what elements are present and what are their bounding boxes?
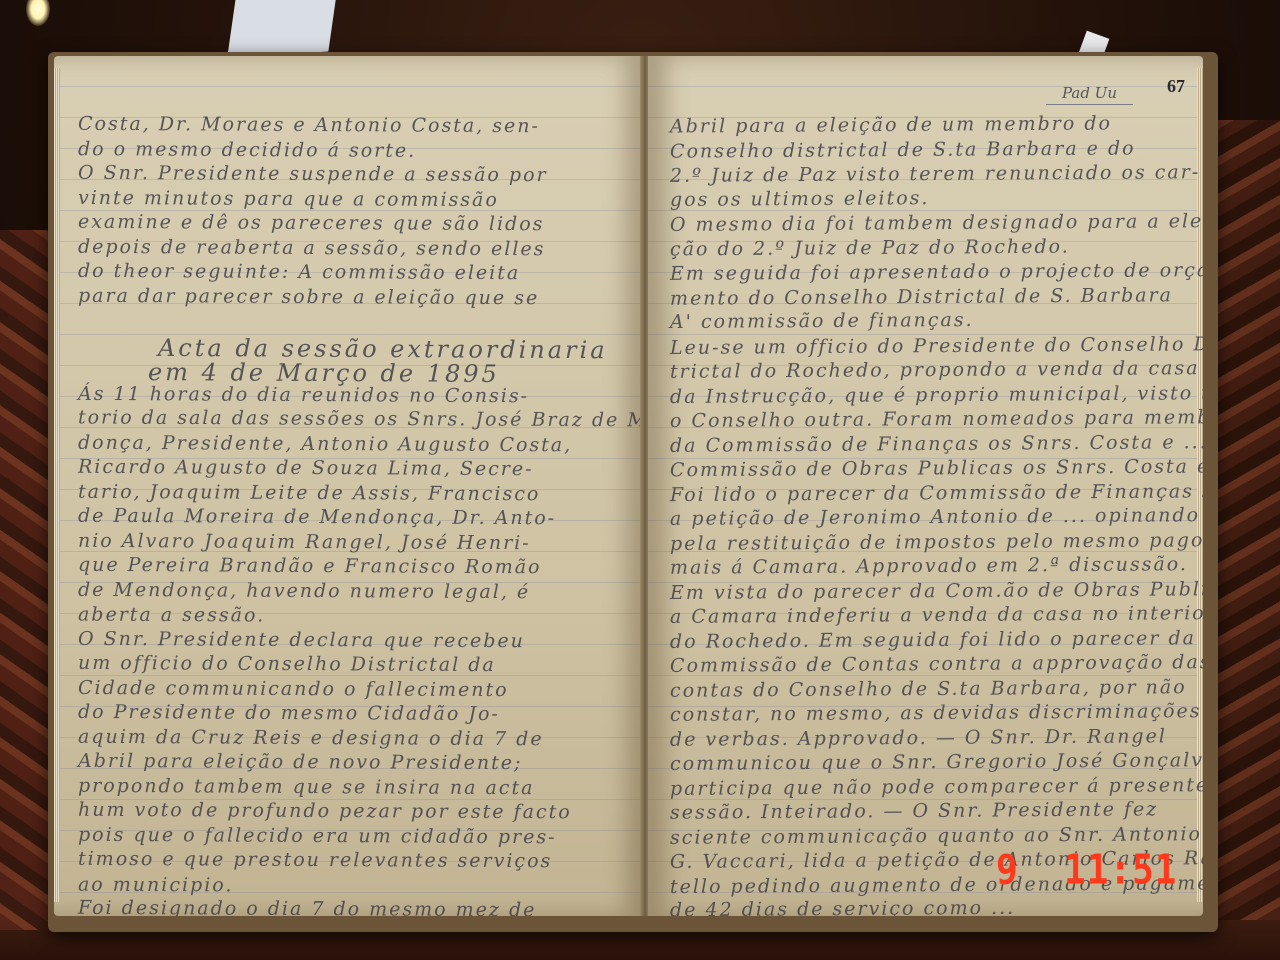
left-handwritten-line: pois que o fallecido era um cidadão pres…: [78, 823, 557, 848]
left-handwritten-line: Foi designado o dia 7 do mesmo mez de: [78, 897, 536, 916]
left-handwritten-line: timoso e que prestou relevantes serviços: [78, 848, 552, 872]
right-handwritten-line: da Instrucção, que é proprio municipal, …: [670, 382, 1203, 408]
left-handwritten-line: nio Alvaro Joaquim Rangel, José Henri-: [78, 529, 531, 553]
left-handwritten-line: vinte minutos para que a commissão: [78, 186, 499, 210]
left-handwritten-line: um officio do Conselho Districtal da: [78, 652, 496, 676]
right-handwritten-line: Commissão de Obras Publicas os Snrs. Cos…: [670, 455, 1203, 481]
right-handwritten-line: Leu-se um officio do Presidente do Conse…: [670, 333, 1203, 359]
left-handwritten-line: hum voto de profundo pezar por este fact…: [78, 799, 572, 824]
left-handwritten-line: de Paula Moreira de Mendonça, Dr. Anto-: [78, 505, 556, 530]
right-handwritten-line: gos os ultimos eleitos.: [670, 187, 930, 211]
right-handwritten-line: de verbas. Approvado. — O Snr. Dr. Range…: [670, 725, 1167, 750]
left-handwritten-line: propondo tambem que se insira na acta: [78, 774, 535, 798]
corner-annotation: Pad Uu: [1046, 84, 1133, 105]
left-handwritten-line: do theor seguinte: A commissão eleita: [78, 260, 520, 284]
camera-timestamp: 9 11:51: [996, 847, 1177, 894]
right-handwritten-line: O mesmo dia foi tambem designado para a …: [670, 210, 1203, 236]
left-handwritten-line: ao municipio.: [78, 873, 234, 896]
left-handwritten-line: Ricardo Augusto de Souza Lima, Secre-: [78, 456, 534, 480]
left-handwritten-line: do Presidente do mesmo Cidadão Jo-: [78, 701, 500, 725]
right-handwritten-line: o Conselho outra. Foram nomeados para me…: [670, 406, 1203, 432]
open-ledger-book: Costa, Dr. Moraes e Antonio Costa, sen-d…: [48, 52, 1218, 932]
left-handwritten-line: O Snr. Presidente declara que recebeu: [78, 627, 525, 651]
right-handwritten-line: Foi lido o parecer da Commissão de Finan…: [670, 479, 1203, 505]
left-handwritten-line: de Mendonça, havendo numero legal, é: [78, 578, 530, 602]
right-handwritten-line: pela restituição de impostos pelo mesmo …: [670, 528, 1203, 554]
left-handwritten-line: donça, Presidente, Antonio Augusto Costa…: [78, 431, 572, 456]
paper-slip: [227, 0, 337, 58]
left-handwritten-line: Ás 11 horas do dia reunidos no Consis-: [78, 382, 529, 406]
right-handwritten-line: communicou que o Snr. Gregorio José Gonç…: [670, 749, 1203, 775]
page-number: 67: [1167, 76, 1185, 97]
left-handwritten-line: para dar parecer sobre a eleição que se: [78, 284, 539, 308]
right-handwritten-line: sessão. Inteirado. — O Snr. Presidente f…: [670, 798, 1158, 823]
right-handwritten-line: ção do 2.º Juiz de Paz do Rochedo.: [670, 235, 1070, 260]
right-handwritten-line: trictal do Rochedo, propondo a venda da …: [670, 357, 1200, 383]
left-page: Costa, Dr. Moraes e Antonio Costa, sen-d…: [54, 56, 644, 916]
right-handwritten-line: Commissão de Contas contra a approvação …: [670, 651, 1203, 677]
right-handwritten-line: sciente communicação quanto ao Snr. Anto…: [670, 823, 1202, 849]
right-page: 67 Pad Uu Abril para a eleição de um mem…: [648, 56, 1203, 916]
left-handwritten-line: Costa, Dr. Moraes e Antonio Costa, sen-: [78, 113, 540, 137]
left-handwritten-line: tario, Joaquim Leite de Assis, Francisco: [78, 480, 540, 504]
right-handwritten-line: A' commissão de finanças.: [670, 309, 974, 333]
light-reflection: [26, 0, 50, 26]
left-handwritten-line: do o mesmo decidido á sorte.: [78, 138, 416, 162]
left-handwritten-line: torio da sala das sessões os Snrs. José …: [78, 406, 644, 431]
left-handwritten-line: que Pereira Brandão e Francisco Romão: [78, 554, 542, 578]
right-handwritten-line: constar, no mesmo, as devidas discrimina…: [670, 700, 1202, 726]
left-handwritten-line: O Snr. Presidente suspende a sessão por: [78, 162, 548, 186]
timestamp-day: 9: [996, 847, 1019, 894]
right-handwritten-line: Abril para a eleição de um membro do: [670, 112, 1112, 137]
left-handwritten-line: Abril para eleição de novo Presidente;: [78, 750, 522, 774]
right-handwritten-line: a Camara indeferiu a venda da casa no in…: [670, 602, 1203, 628]
left-handwritten-line: examine e dê os pareceres que são lidos: [78, 211, 545, 235]
left-handwritten-line: aberta a sessão.: [78, 604, 265, 627]
right-handwritten-line: Em vista do parecer da Com.ão de Obras P…: [670, 577, 1203, 603]
right-handwritten-line: participa que não pode comparecer á pres…: [670, 774, 1203, 800]
right-handwritten-line: Em seguida foi apresentado o projecto de…: [670, 259, 1203, 285]
right-handwritten-line: mento do Conselho Districtal de S. Barba…: [670, 284, 1173, 310]
right-handwritten-line: de 42 dias de serviço como ...: [670, 897, 1015, 916]
right-handwritten-line: mais á Camara. Approvado em 2.ª discussã…: [670, 553, 1188, 579]
background-rug-left: [0, 230, 55, 930]
left-handwritten-line: Cidade communicando o fallecimento: [78, 676, 509, 700]
left-handwritten-line: depois de reaberta a sessão, sendo elles: [78, 235, 546, 259]
right-handwritten-line: 2.º Juiz de Paz visto terem renunciado o…: [670, 161, 1200, 187]
page-edges-left: [54, 68, 60, 902]
timestamp-time: 11:51: [1064, 847, 1177, 894]
right-handwritten-line: Conselho districtal de S.ta Barbara e do: [670, 137, 1136, 162]
right-handwritten-line: da Commissão de Finanças os Snrs. Costa …: [670, 431, 1203, 457]
right-handwritten-line: a petição de Jeronimo Antonio de ... opi…: [670, 504, 1200, 530]
right-handwritten-line: contas do Conselho de S.ta Barbara, por …: [670, 676, 1187, 702]
left-handwritten-line: aquim da Cruz Reis e designa o dia 7 de: [78, 725, 544, 749]
right-handwritten-line: do Rochedo. Em seguida foi lido o parece…: [670, 627, 1196, 653]
